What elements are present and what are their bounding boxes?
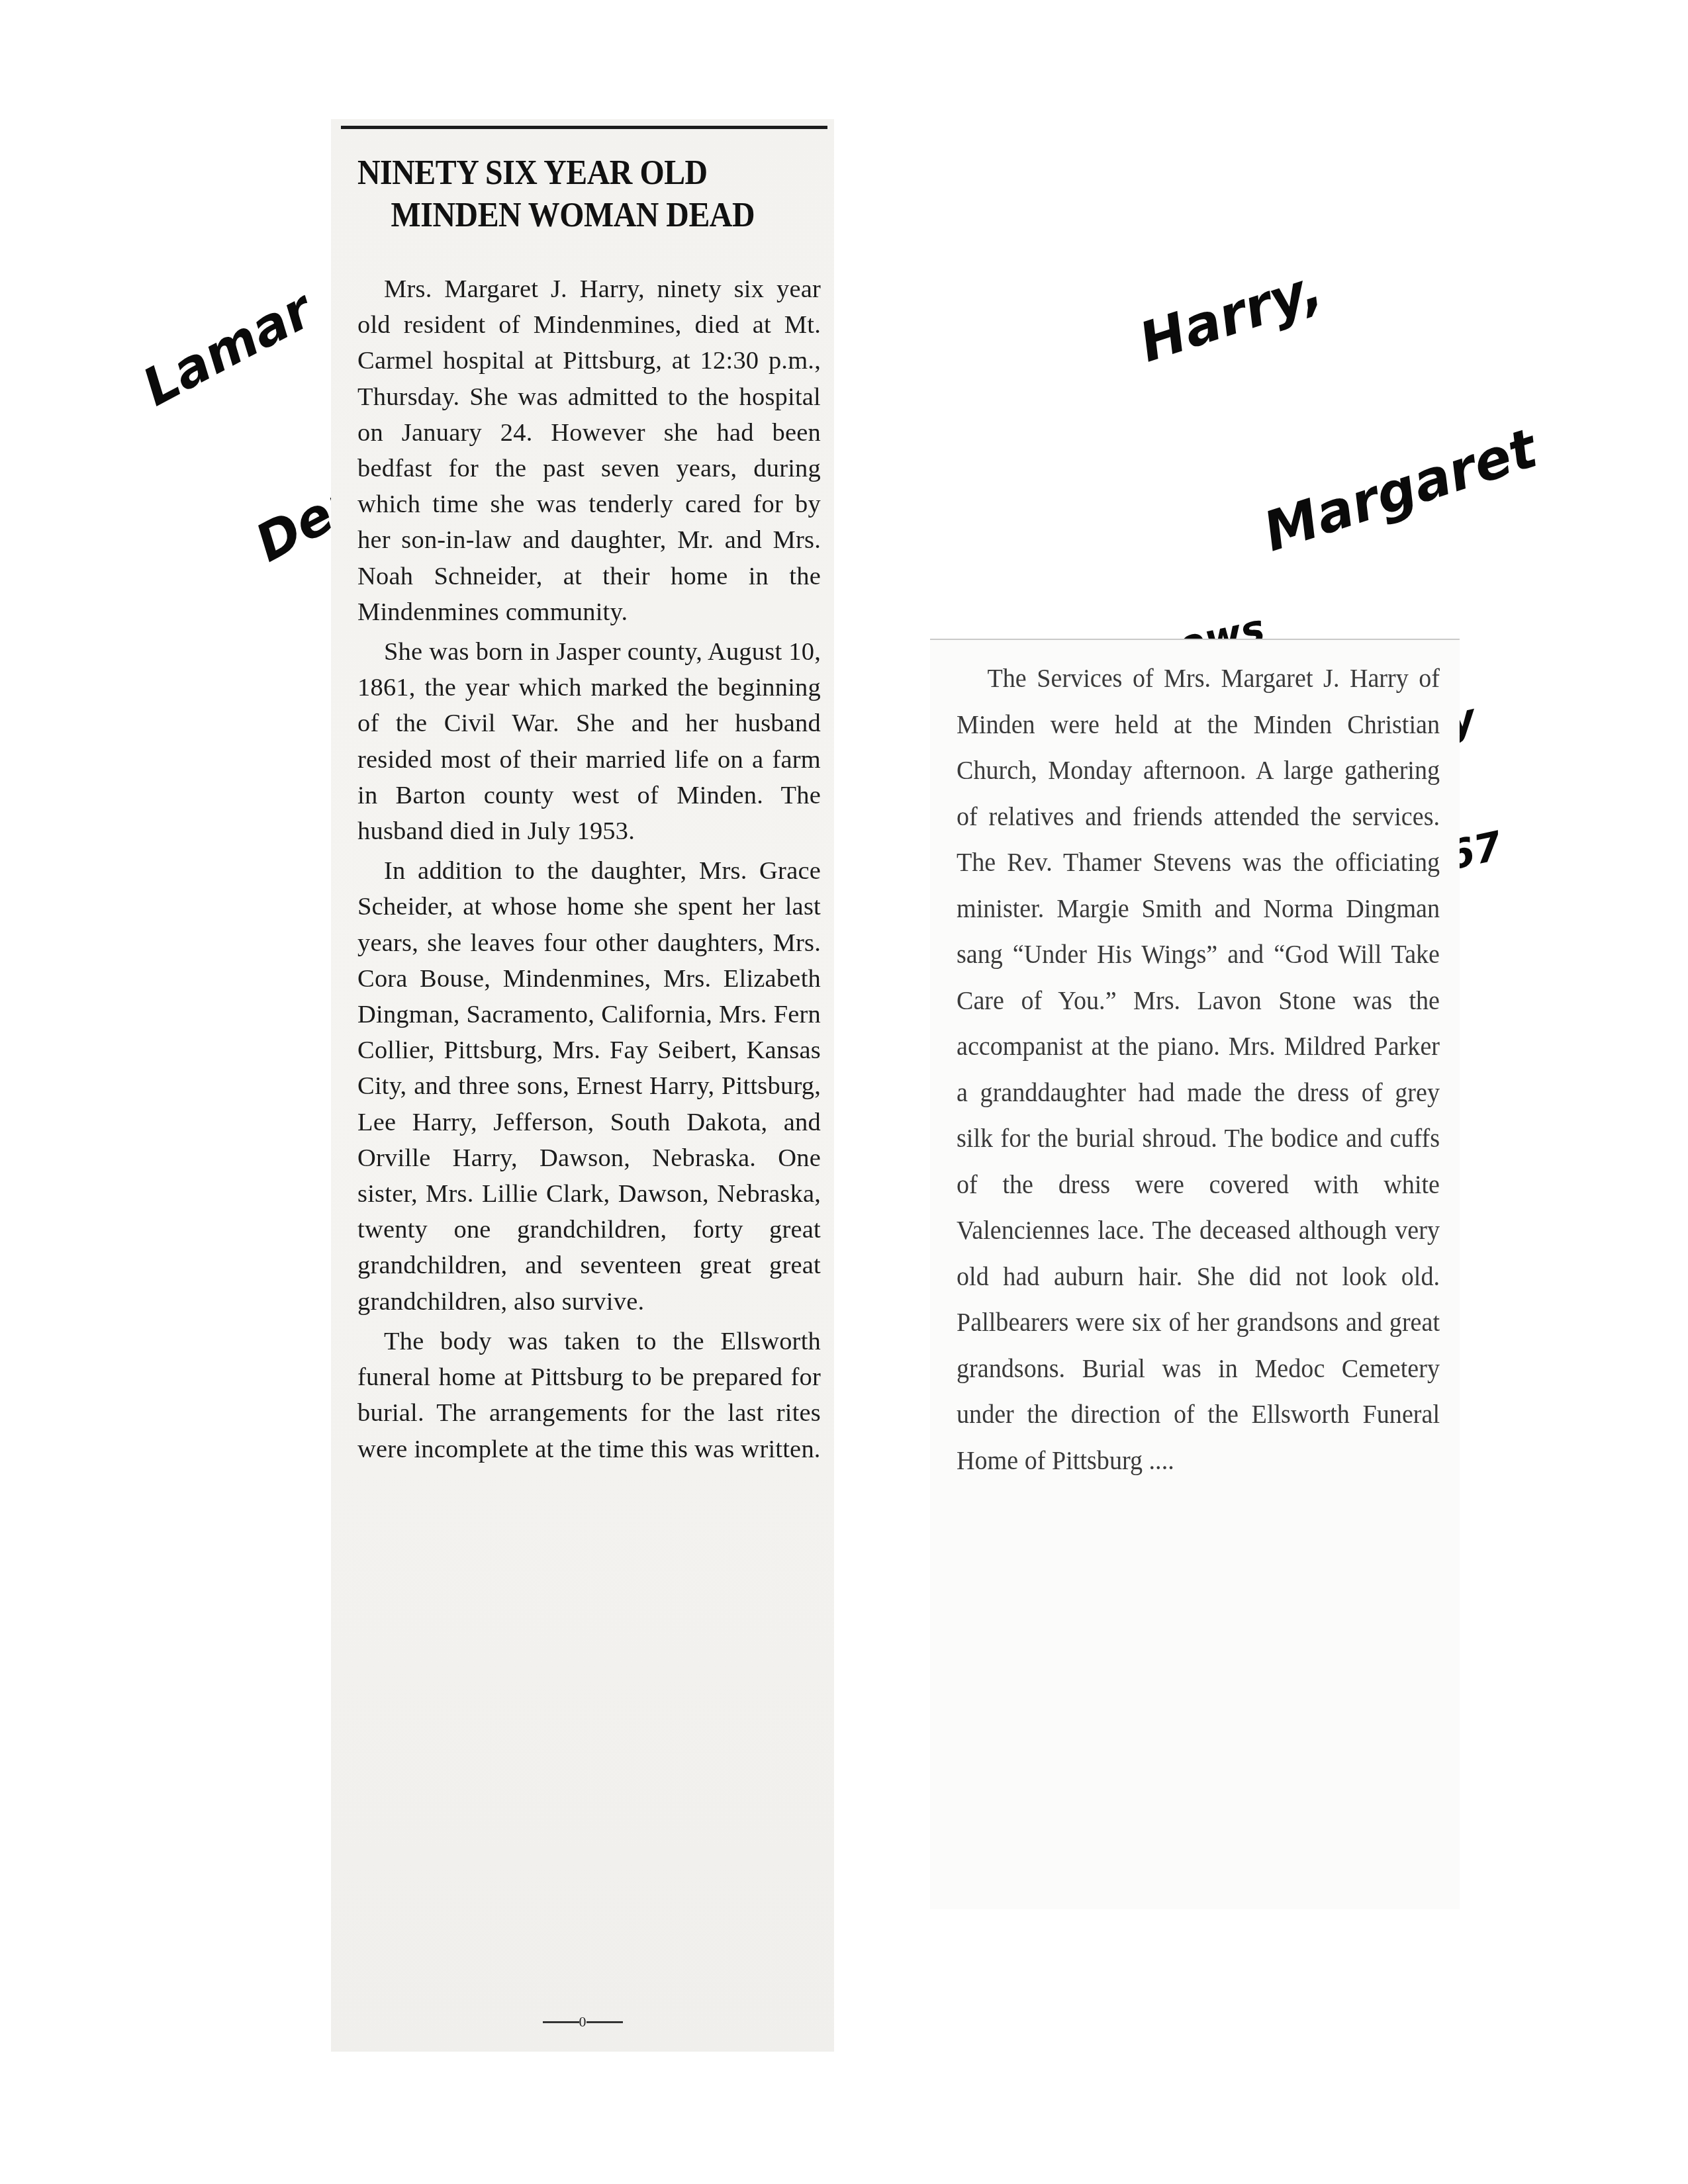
obituary-body: Mrs. Margaret J. Harry, ninety six year … — [357, 271, 821, 1467]
clipping-edge — [930, 639, 1460, 640]
headline-rule — [341, 126, 827, 129]
obituary-paragraph: The body was taken to the Ellsworth fune… — [357, 1324, 821, 1467]
headline-line-1: NINETY SIX YEAR OLD — [357, 154, 708, 192]
news-column-body: The Services of Mrs. Margaret J. Harry o… — [957, 655, 1440, 1483]
headline-line-2: MINDEN WOMAN DEAD — [357, 195, 784, 237]
name-note-line: Harry, — [1131, 205, 1478, 380]
news-column-clipping: The Services of Mrs. Margaret J. Harry o… — [930, 639, 1460, 1909]
obituary-paragraph: Mrs. Margaret J. Harry, ninety six year … — [357, 271, 821, 630]
obituary-paragraph: She was born in Jasper county, August 10… — [357, 634, 821, 849]
news-column-paragraph: The Services of Mrs. Margaret J. Harry o… — [957, 655, 1440, 1483]
obituary-paragraph: In addition to the daughter, Mrs. Grace … — [357, 853, 821, 1320]
obituary-headline: NINETY SIX YEAR OLD MINDEN WOMAN DEAD — [357, 152, 784, 237]
obituary-clipping: NINETY SIX YEAR OLD MINDEN WOMAN DEAD Mr… — [331, 119, 834, 2052]
end-mark-glyph: 0 — [579, 2013, 586, 2030]
end-of-article-mark: 0 — [530, 2012, 635, 2032]
